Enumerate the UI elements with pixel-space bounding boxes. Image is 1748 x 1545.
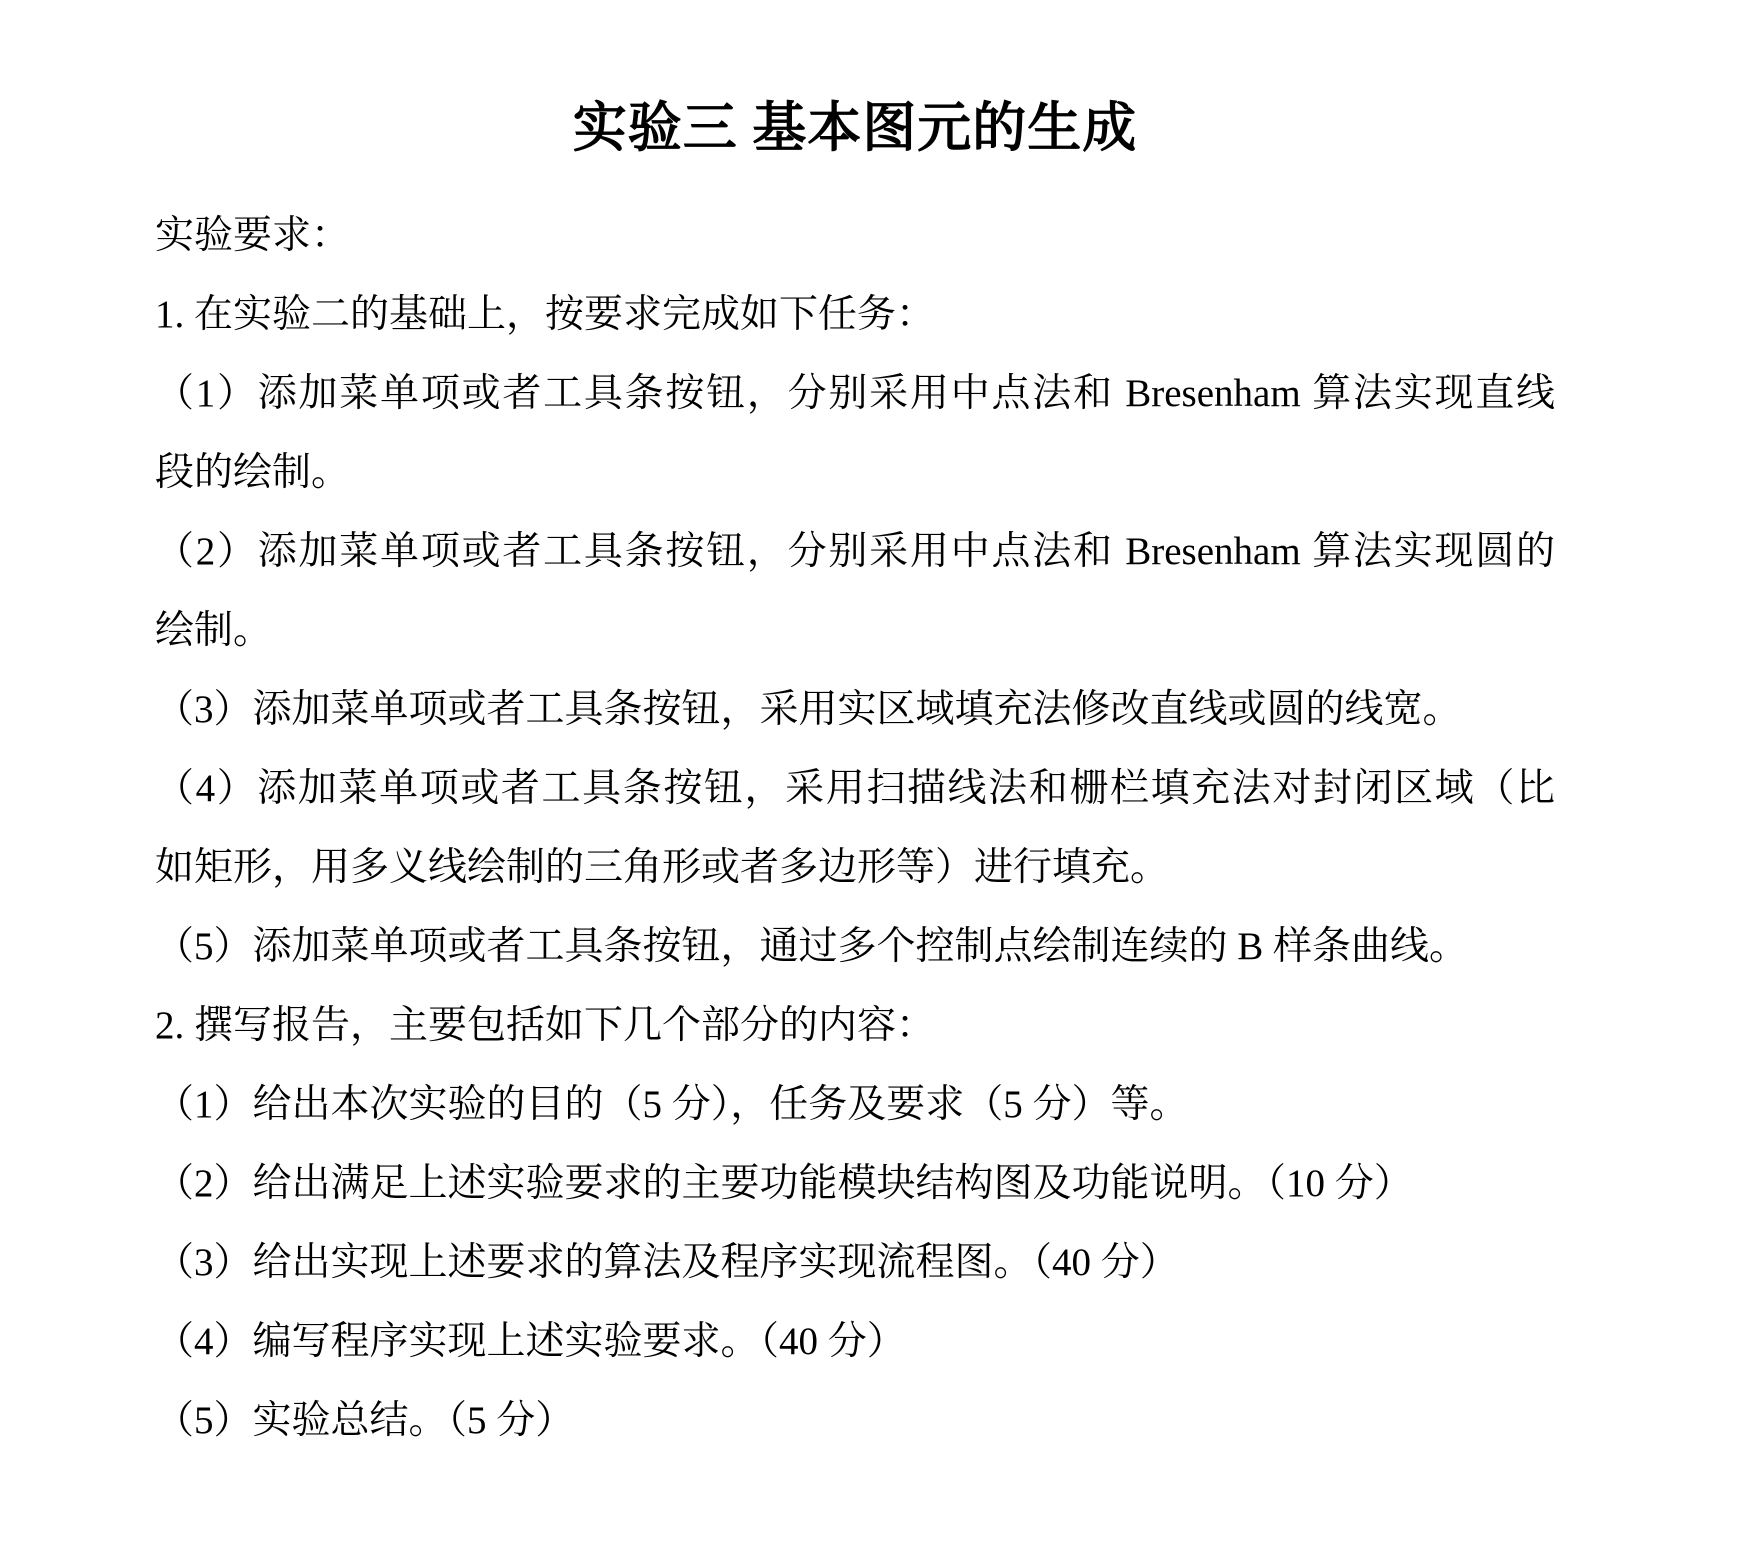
text-line: （4）编写程序实现上述实验要求。（40 分） bbox=[155, 1302, 1555, 1381]
text-line: （3）给出实现上述要求的算法及程序实现流程图。（40 分） bbox=[155, 1223, 1555, 1302]
text-line: （5）添加菜单项或者工具条按钮，通过多个控制点绘制连续的 B 样条曲线。 bbox=[155, 907, 1555, 986]
text-line: （2）给出满足上述实验要求的主要功能模块结构图及功能说明。（10 分） bbox=[155, 1144, 1555, 1223]
text-line: （1）添加菜单项或者工具条按钮，分别采用中点法和 Bresenham 算法实现直… bbox=[155, 354, 1555, 433]
text-line: （1）给出本次实验的目的（5 分），任务及要求（5 分）等。 bbox=[155, 1065, 1555, 1144]
text-line: 2. 撰写报告，主要包括如下几个部分的内容： bbox=[155, 986, 1555, 1065]
text-line: （5）实验总结。（5 分） bbox=[155, 1381, 1555, 1460]
document-page: 实验三 基本图元的生成 实验要求： 1. 在实验二的基础上，按要求完成如下任务：… bbox=[155, 0, 1555, 1460]
page-title: 实验三 基本图元的生成 bbox=[155, 98, 1555, 158]
text-line: 绘制。 bbox=[155, 591, 1555, 670]
text-line: （3）添加菜单项或者工具条按钮，采用实区域填充法修改直线或圆的线宽。 bbox=[155, 670, 1555, 749]
text-line: （2）添加菜单项或者工具条按钮，分别采用中点法和 Bresenham 算法实现圆… bbox=[155, 512, 1555, 591]
text-line: 实验要求： bbox=[155, 196, 1555, 275]
text-line: 如矩形，用多义线绘制的三角形或者多边形等）进行填充。 bbox=[155, 828, 1555, 907]
text-line: 段的绘制。 bbox=[155, 433, 1555, 512]
text-line: （4）添加菜单项或者工具条按钮，采用扫描线法和栅栏填充法对封闭区域（比 bbox=[155, 749, 1555, 828]
text-line: 1. 在实验二的基础上，按要求完成如下任务： bbox=[155, 275, 1555, 354]
